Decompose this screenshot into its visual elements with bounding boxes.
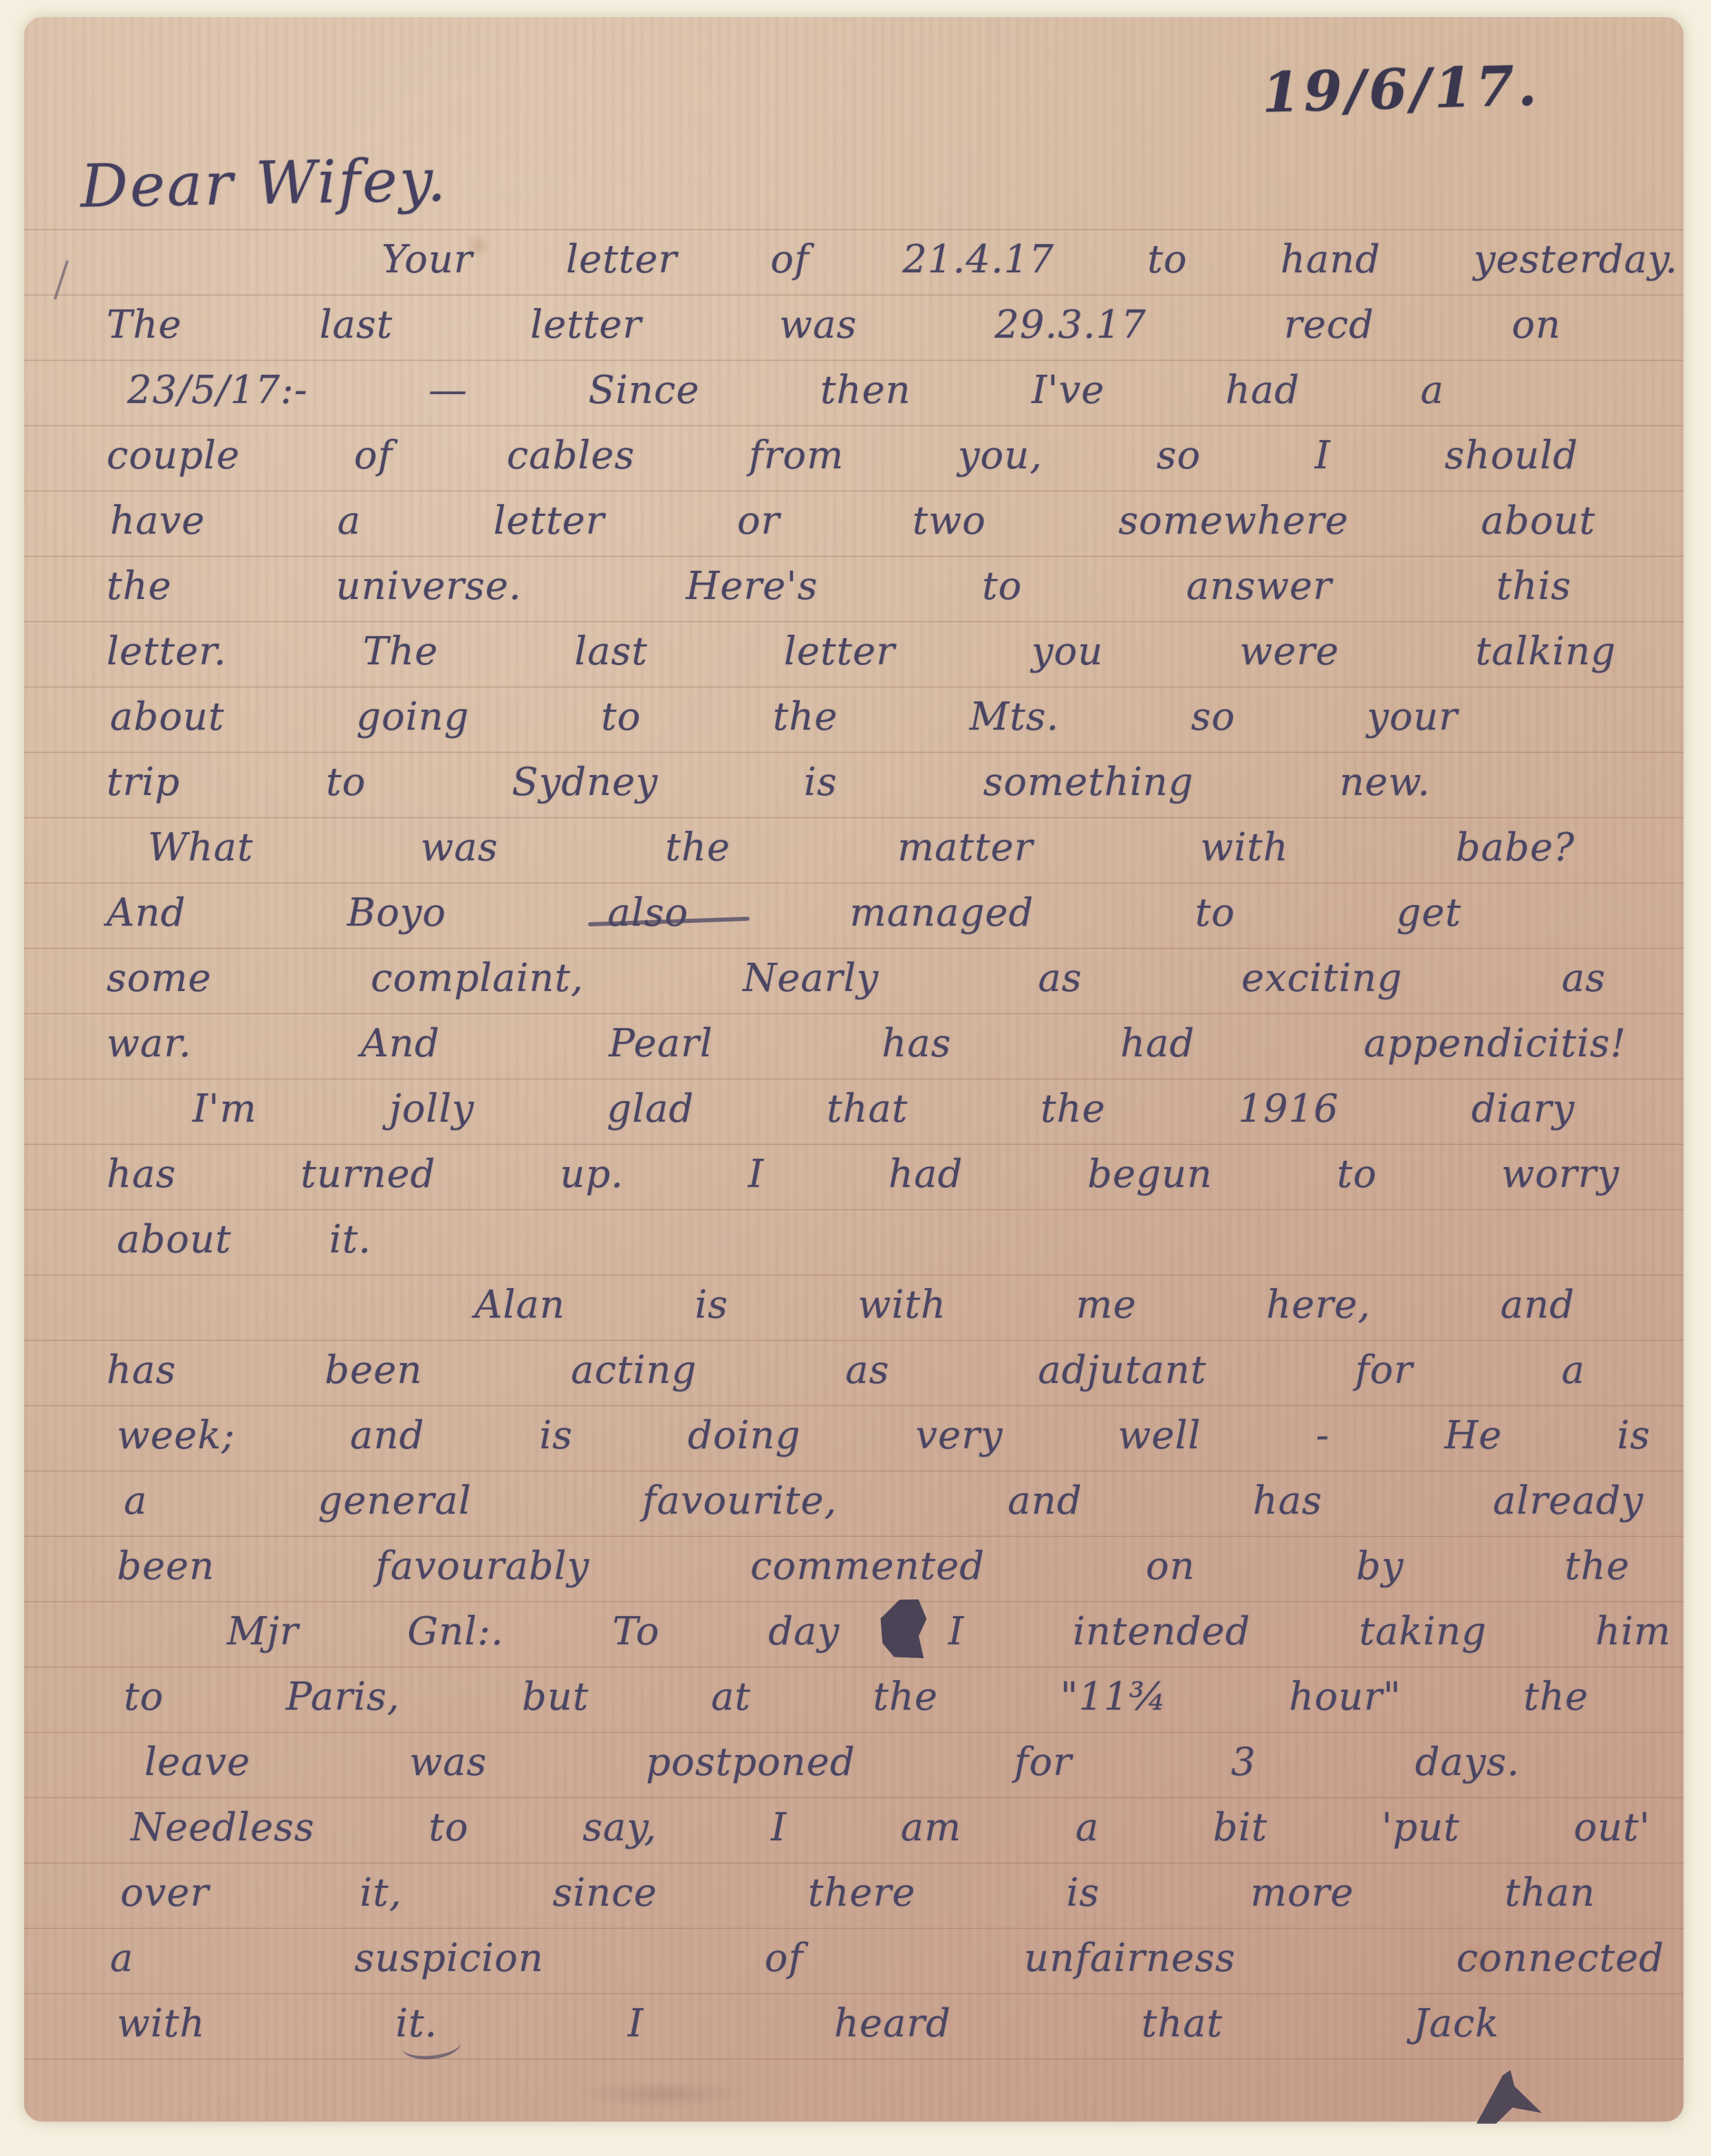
letter-line: been favourably commented on by the: [117, 1537, 1630, 1602]
letter-line: leave was postponed for 3 days.: [144, 1733, 1520, 1798]
letter-line: a general favourite, and has already: [124, 1472, 1644, 1537]
letter-line: some complaint, Nearly as exciting as: [107, 949, 1606, 1014]
letter-line: week; and is doing very well - He is: [117, 1406, 1650, 1472]
letter-line: with it. I heard that Jack: [117, 1994, 1499, 2060]
scan-background: 19/6/17. Dear Wifey. Your letter of 21.4…: [0, 0, 1711, 2156]
letter-line: And Boyo also managed to get: [107, 884, 1461, 949]
letter-line: trip to Sydney is something new.: [107, 753, 1430, 818]
letter-line: The last letter was 29.3.17 recd on: [107, 296, 1561, 361]
letter-line: Needless to say, I am a bit 'put out': [131, 1798, 1650, 1864]
letter-line: about it.: [117, 1210, 371, 1276]
letter-line: have a letter or two somewhere about: [110, 492, 1595, 557]
letter-page: 19/6/17. Dear Wifey. Your letter of 21.4…: [24, 17, 1683, 2122]
letter-line: 23/5/17:- — Since then I've had a: [127, 361, 1444, 426]
paper-smudge: [574, 2080, 753, 2108]
letter-line: has been acting as adjutant for a: [107, 1341, 1585, 1406]
letter-line: to Paris, but at the "11¾ hour" the: [124, 1668, 1589, 1733]
letter-line: over it, since there is more than: [120, 1864, 1595, 1929]
letter-line: couple of cables from you, so I should: [107, 426, 1578, 492]
letter-line: letter. The last letter you were talking: [107, 622, 1616, 688]
letter-body: Your letter of 21.4.17 to hand yesterday…: [107, 230, 1685, 2060]
letter-line: the universe. Here's to answer this: [107, 557, 1571, 622]
letter-line: Mjr Gnl:. To day I intended taking him: [227, 1602, 1671, 1668]
ink-mark-bottom: [1476, 2070, 1542, 2124]
letter-line: I'm jolly glad that the 1916 diary: [193, 1080, 1575, 1145]
letter-line: Your letter of 21.4.17 to hand yesterday…: [382, 230, 1678, 296]
letter-line: about going to the Mts. so your: [110, 688, 1458, 753]
letter-salutation: Dear Wifey.: [80, 146, 448, 221]
letter-line: What was the matter with babe?: [148, 818, 1575, 884]
letter-line: has turned up. I had begun to worry: [107, 1145, 1620, 1210]
letter-date: 19/6/17.: [1261, 54, 1510, 124]
margin-pen-stroke-mark: [54, 260, 69, 300]
letter-line: a suspicion of unfairness connected: [110, 1929, 1664, 1994]
letter-line: war. And Pearl has had appendicitis!: [107, 1014, 1626, 1080]
letter-line: Alan is with me here, and: [475, 1276, 1575, 1341]
